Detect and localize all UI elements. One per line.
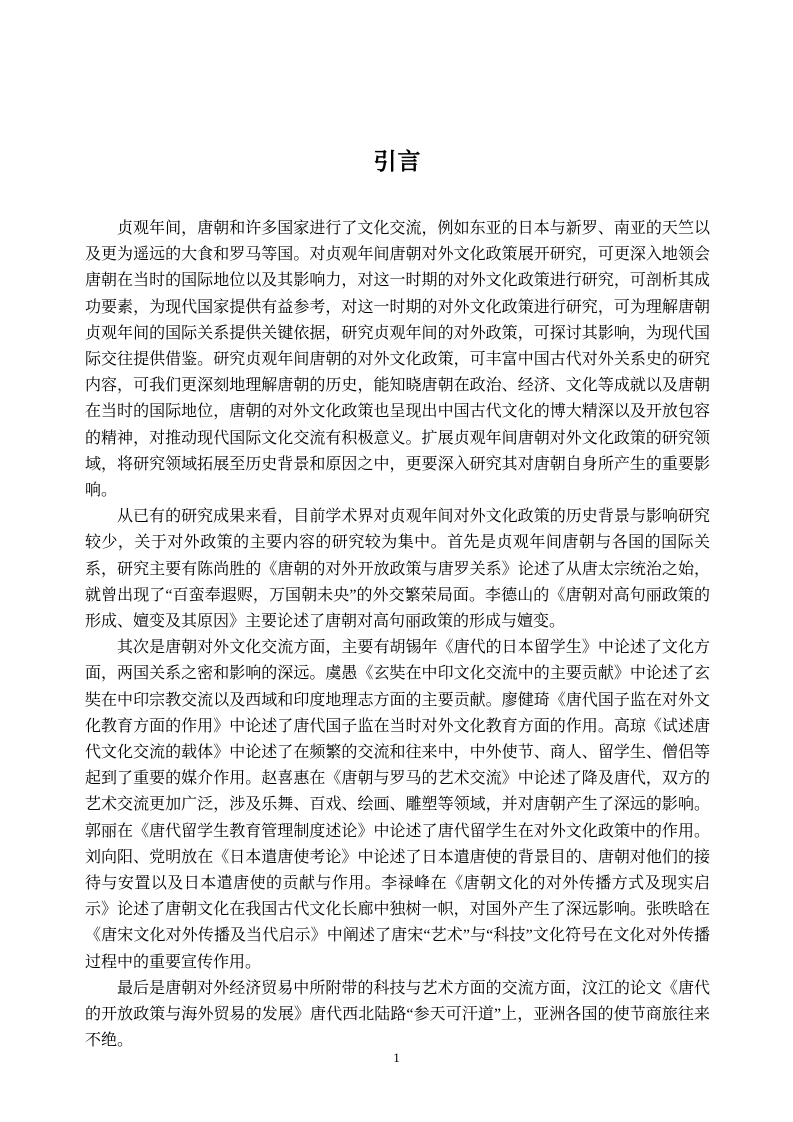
paragraph-economic-trade-literature: 最后是唐朝对外经济贸易中所附带的科技与艺术方面的交流方面，汶江的论文《唐代的开放… [85, 976, 710, 1055]
page-title: 引言 [85, 143, 710, 179]
document-body: 贞观年间，唐朝和许多国家进行了文化交流，例如东亚的日本与新罗、南亚的天竺以及更为… [85, 216, 710, 1055]
paragraph-intro-significance: 贞观年间，唐朝和许多国家进行了文化交流，例如东亚的日本与新罗、南亚的天竺以及更为… [85, 216, 710, 504]
document-page: 引言 贞观年间，唐朝和许多国家进行了文化交流，例如东亚的日本与新罗、南亚的天竺以… [0, 0, 793, 1122]
paragraph-cultural-exchange-literature: 其次是唐朝对外文化交流方面，主要有胡锡年《唐代的日本留学生》中论述了文化方面，两… [85, 635, 710, 976]
paragraph-research-status: 从已有的研究成果来看，目前学术界对贞观年间对外文化政策的历史背景与影响研究较少，… [85, 504, 710, 635]
page-number: 1 [0, 1050, 793, 1066]
